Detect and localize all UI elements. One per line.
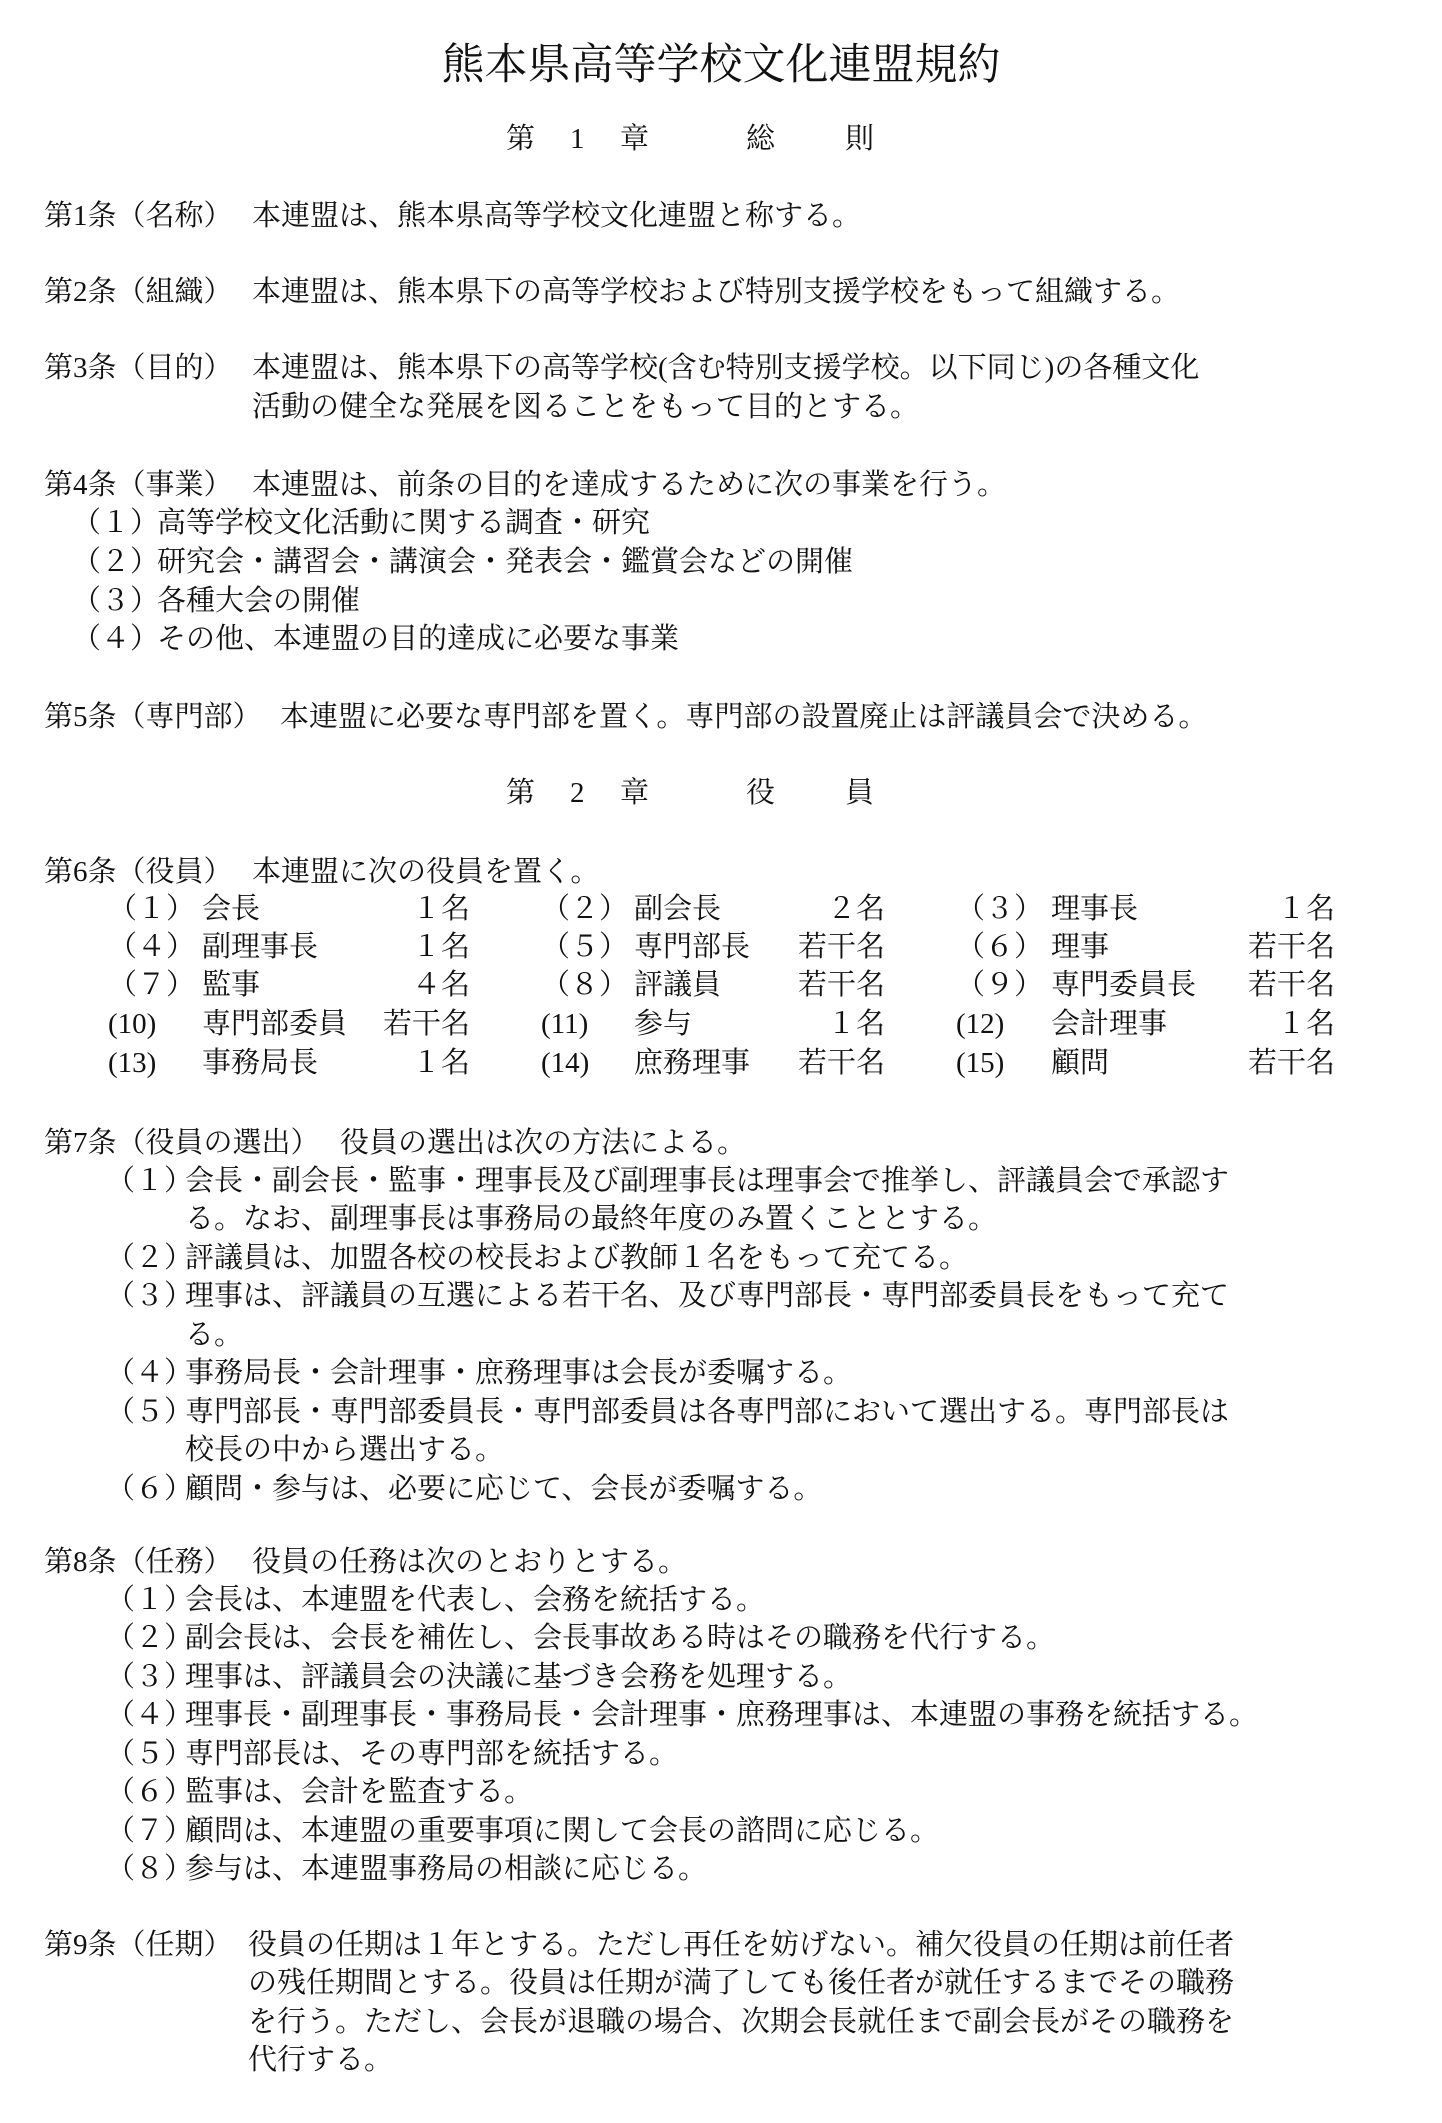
document-title: 熊本県高等学校文化連盟規約 — [0, 40, 1442, 92]
item-number: （８） — [106, 1850, 193, 1888]
officer-role: 副会長 — [634, 890, 721, 928]
article-text: 本連盟は、前条の目的を達成するために次の事業を行う。 — [252, 466, 1006, 504]
item-number: （３） — [106, 1658, 193, 1696]
article-label: 第8条（任務） — [44, 1543, 233, 1581]
item-text: 各種大会の開催 — [157, 582, 360, 620]
article-label: 第7条（役員の選出） — [44, 1124, 320, 1162]
item-number: （４） — [106, 1354, 193, 1392]
officer-number: （４） — [108, 928, 195, 966]
article-label: 第3条（目的） — [44, 349, 233, 387]
officer-role: 参与 — [634, 1005, 692, 1043]
officer-number: (11) — [541, 1005, 588, 1043]
chapter-suffix: 章 — [620, 120, 649, 158]
item-number: （２） — [106, 1619, 193, 1657]
item-text: 評議員は、加盟各校の校長および教師１名をもって充てる。 — [185, 1239, 968, 1277]
item-text: 理事は、評議員の互選による若干名、及び専門部長・専門部委員長をもって充て — [185, 1277, 1229, 1315]
article-label: 第6条（役員） — [44, 853, 233, 891]
officer-count: １名 — [1235, 1005, 1335, 1043]
officer-number: （２） — [541, 890, 628, 928]
article-text: を行う。ただし、会長が退職の場合、次期会長就任まで副会長がその職務を — [248, 2003, 1234, 2041]
item-number: （５） — [106, 1735, 193, 1773]
officer-count: 若干名 — [1235, 928, 1335, 966]
officer-role: 会計理事 — [1051, 1005, 1167, 1043]
officer-count: 若干名 — [785, 966, 885, 1004]
item-number: （４） — [72, 620, 159, 658]
article-label: 第2条（組織） — [44, 273, 233, 311]
officer-role: 庶務理事 — [634, 1044, 750, 1082]
officer-count: 若干名 — [1235, 1044, 1335, 1082]
item-text: 顧問は、本連盟の重要事項に関して会長の諮問に応じる。 — [185, 1812, 939, 1850]
item-number: （２） — [72, 543, 159, 581]
article-text: 本連盟は、熊本県高等学校文化連盟と称する。 — [252, 197, 861, 235]
officer-count: 若干名 — [1235, 966, 1335, 1004]
article-text: 本連盟に次の役員を置く。 — [252, 853, 599, 891]
item-text: 理事は、評議員会の決議に基づき会務を処理する。 — [185, 1658, 852, 1696]
chapter-name-char: 総 — [746, 120, 775, 158]
article-text: 本連盟は、熊本県下の高等学校および特別支援学校をもって組織する。 — [252, 273, 1180, 311]
officer-role: 専門委員長 — [1051, 966, 1196, 1004]
item-text: 参与は、本連盟事務局の相談に応じる。 — [185, 1850, 707, 1888]
article-text: 本連盟は、熊本県下の高等学校(含む特別支援学校。以下同じ)の各種文化 — [252, 349, 1199, 387]
article-text: 代行する。 — [248, 2041, 393, 2079]
item-text: 会長は、本連盟を代表し、会務を統括する。 — [185, 1581, 765, 1619]
item-text: 理事長・副理事長・事務局長・会計理事・庶務理事は、本連盟の事務を統括する。 — [185, 1696, 1258, 1734]
officer-number: （３） — [956, 890, 1043, 928]
officer-role: 顧問 — [1051, 1044, 1109, 1082]
officer-role: 監事 — [202, 966, 260, 1004]
item-text-continued: る。 — [185, 1316, 243, 1354]
officer-number: (14) — [541, 1044, 589, 1082]
article-label: 第4条（事業） — [44, 466, 233, 504]
article-label: 第9条（任期） — [44, 1926, 233, 1964]
officer-number: （５） — [541, 928, 628, 966]
item-number: （１） — [106, 1162, 193, 1200]
chapter-name-char: 員 — [845, 774, 874, 812]
article-text: 本連盟に必要な専門部を置く。専門部の設置廃止は評議員会で決める。 — [280, 698, 1207, 736]
officer-count: １名 — [370, 890, 470, 928]
officer-count: ２名 — [785, 890, 885, 928]
item-text: 専門部長は、その専門部を統括する。 — [185, 1735, 678, 1773]
officer-number: (15) — [956, 1044, 1004, 1082]
officer-number: （６） — [956, 928, 1043, 966]
officer-role: 理事長 — [1051, 890, 1138, 928]
officer-role: 事務局長 — [202, 1044, 318, 1082]
officer-count: １名 — [1235, 890, 1335, 928]
officer-count: ４名 — [370, 966, 470, 1004]
item-number: （１） — [72, 504, 159, 542]
officer-number: (10) — [108, 1005, 156, 1043]
item-number: （３） — [72, 582, 159, 620]
chapter-number: 1 — [570, 120, 585, 158]
item-number: （６） — [106, 1470, 193, 1508]
chapter-prefix: 第 — [506, 120, 535, 158]
article-text: 役員の選出は次の方法による。 — [340, 1124, 746, 1162]
item-text: 副会長は、会長を補佐し、会長事故ある時はその職務を代行する。 — [185, 1619, 1055, 1657]
article-text: 役員の任期は１年とする。ただし再任を妨げない。補欠役員の任期は前任者 — [248, 1926, 1234, 1964]
officer-number: （９） — [956, 966, 1043, 1004]
officer-number: （１） — [108, 890, 195, 928]
officer-number: (12) — [956, 1005, 1004, 1043]
officer-role: 理事 — [1051, 928, 1109, 966]
officer-number: （７） — [108, 966, 195, 1004]
officer-role: 評議員 — [634, 966, 721, 1004]
officer-role: 専門部長 — [634, 928, 750, 966]
item-number: （７） — [106, 1812, 193, 1850]
item-text-continued: 校長の中から選出する。 — [185, 1431, 504, 1469]
article-text: 活動の健全な発展を図ることをもって目的とする。 — [252, 388, 919, 426]
officer-role: 専門部委員 — [202, 1005, 347, 1043]
officer-count: 若干名 — [785, 928, 885, 966]
item-number: （６） — [106, 1773, 193, 1811]
officer-count: １名 — [370, 928, 470, 966]
item-text: 専門部長・専門部委員長・専門部委員は各専門部において選出する。専門部長は — [185, 1393, 1229, 1431]
officer-number: (13) — [108, 1044, 156, 1082]
officer-number: （８） — [541, 966, 628, 1004]
chapter-name-char: 役 — [746, 774, 775, 812]
officer-role: 会長 — [202, 890, 260, 928]
article-text: 役員の任務は次のとおりとする。 — [252, 1543, 687, 1581]
item-text: 会長・副会長・監事・理事長及び副理事長は理事会で推挙し、評議員会で承認す — [185, 1162, 1229, 1200]
article-label: 第1条（名称） — [44, 197, 233, 235]
item-text: 研究会・講習会・講演会・発表会・鑑賞会などの開催 — [157, 543, 853, 581]
officer-count: 若干名 — [370, 1005, 470, 1043]
item-text: 顧問・参与は、必要に応じて、会長が委嘱する。 — [185, 1470, 822, 1508]
item-text: 監事は、会計を監査する。 — [185, 1773, 533, 1811]
item-text: その他、本連盟の目的達成に必要な事業 — [157, 620, 679, 658]
officer-role: 副理事長 — [202, 928, 318, 966]
item-number: （１） — [106, 1581, 193, 1619]
officer-count: 若干名 — [785, 1044, 885, 1082]
article-text: の残任期間とする。役員は任期が満了しても後任者が就任するまでその職務 — [248, 1964, 1234, 2002]
chapter-prefix: 第 — [506, 774, 535, 812]
item-number: （２） — [106, 1239, 193, 1277]
item-text: 事務局長・会計理事・庶務理事は会長が委嘱する。 — [185, 1354, 852, 1392]
officer-count: １名 — [370, 1044, 470, 1082]
officer-count: １名 — [785, 1005, 885, 1043]
article-label: 第5条（専門部） — [44, 698, 262, 736]
chapter-number: 2 — [570, 774, 585, 812]
chapter-suffix: 章 — [620, 774, 649, 812]
item-number: （４） — [106, 1696, 193, 1734]
item-text-continued: る。なお、副理事長は事務局の最終年度のみ置くこととする。 — [185, 1200, 997, 1238]
item-text: 高等学校文化活動に関する調査・研究 — [157, 504, 650, 542]
item-number: （５） — [106, 1393, 193, 1431]
chapter-name-char: 則 — [845, 120, 874, 158]
item-number: （３） — [106, 1277, 193, 1315]
